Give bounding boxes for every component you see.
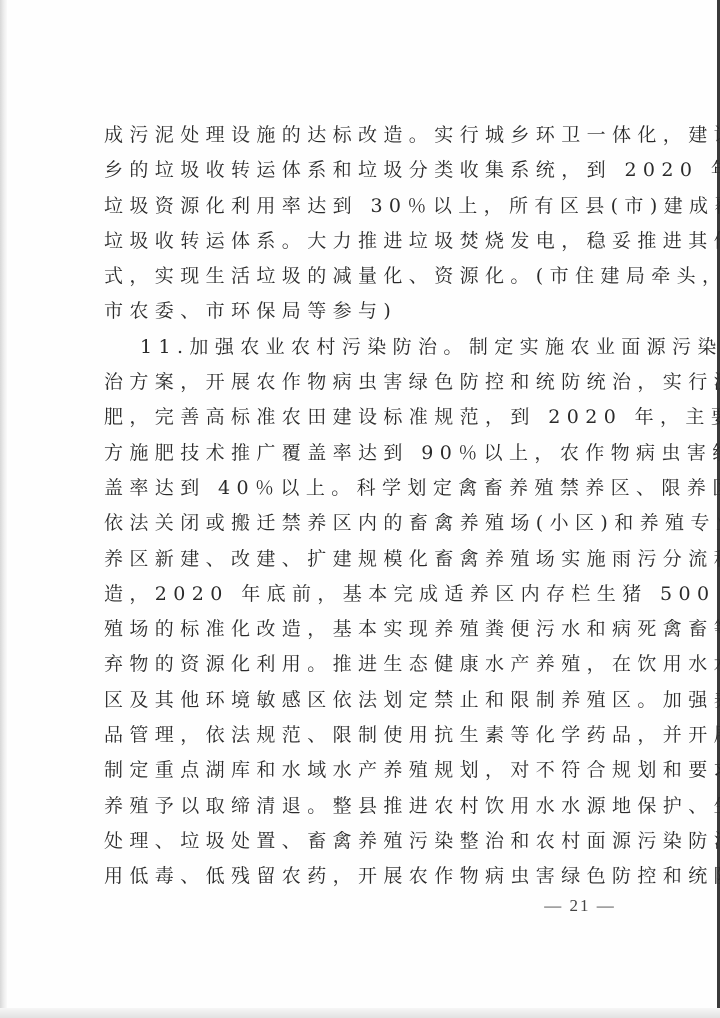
text-line: 肥，完善高标准农田建设标准规范，到 2020 年，主要农作物测土配 <box>104 400 634 435</box>
text-line: 方施肥技术推广覆盖率达到 90％以上，农作物病虫害统防统治覆 <box>104 436 634 471</box>
text-line: 养区新建、改建、扩建规模化畜禽养殖场实施雨污分流和标准化改 <box>104 542 634 577</box>
text-line: 乡的垃圾收转运体系和垃圾分类收集系统，到 2020 年，全市生活 <box>104 153 634 188</box>
text-line: 养殖予以取缔清退。整县推进农村饮用水水源地保护、生活污水 <box>104 789 634 824</box>
paragraph-continued: 成污泥处理设施的达标改造。实行城乡环卫一体化，建设覆盖城 乡的垃圾收转运体系和垃… <box>104 118 634 330</box>
text-line: 依法关闭或搬迁禁养区内的畜禽养殖场(小区)和养殖专业户，适 <box>104 506 634 541</box>
body-text: 成污泥处理设施的达标改造。实行城乡环卫一体化，建设覆盖城 乡的垃圾收转运体系和垃… <box>104 118 634 895</box>
text-line: 制定重点湖库和水域水产养殖规划，对不符合规划和要求的水产 <box>104 753 634 788</box>
text-line: 垃圾资源化利用率达到 30％以上，所有区县(市)建成覆盖城乡的 <box>104 189 634 224</box>
text-line: 盖率达到 40％以上。科学划定禽畜养殖禁养区、限养区、适养区。 <box>104 471 634 506</box>
text-line: 造，2020 年底前，基本完成适养区内存栏生猪 500 头以上规模养 <box>104 577 634 612</box>
page-number: — 21 — <box>540 896 620 916</box>
document-page: 成污泥处理设施的达标改造。实行城乡环卫一体化，建设覆盖城 乡的垃圾收转运体系和垃… <box>0 0 720 1018</box>
text-line: 品管理，依法规范、限制使用抗生素等化学药品，并开展专项整治。 <box>104 718 634 753</box>
page-bottom-edge <box>0 1008 720 1018</box>
text-line: 市农委、市环保局等参与) <box>104 294 634 329</box>
text-line: 殖场的标准化改造，基本实现养殖粪便污水和病死禽畜等有机废 <box>104 612 634 647</box>
text-line: 垃圾收转运体系。大力推进垃圾焚烧发电，稳妥推进其他处理方 <box>104 224 634 259</box>
text-line: 弃物的资源化利用。推进生态健康水产养殖，在饮用水水源保护 <box>104 647 634 682</box>
paragraph-11: 11.加强农业农村污染防治。制定实施农业面源污染综合防 治方案，开展农作物病虫害… <box>104 330 634 895</box>
text-line: 式，实现生活垃圾的减量化、资源化。(市住建局牵头，市发改委、 <box>104 259 634 294</box>
text-line: 治方案，开展农作物病虫害绿色防控和统防统治，实行测土配方施 <box>104 365 634 400</box>
text-line: 区及其他环境敏感区依法划定禁止和限制养殖区。加强养殖投入 <box>104 683 634 718</box>
page-left-edge <box>0 0 7 1018</box>
text-line: 处理、垃圾处置、畜禽养殖污染整治和农村面源污染防治，推广使 <box>104 824 634 859</box>
paragraph-heading-line: 11.加强农业农村污染防治。制定实施农业面源污染综合防 <box>104 330 634 365</box>
text-line: 用低毒、低残留农药，开展农作物病虫害绿色防控和统防统治。 <box>104 859 634 894</box>
text-line: 成污泥处理设施的达标改造。实行城乡环卫一体化，建设覆盖城 <box>104 118 634 153</box>
